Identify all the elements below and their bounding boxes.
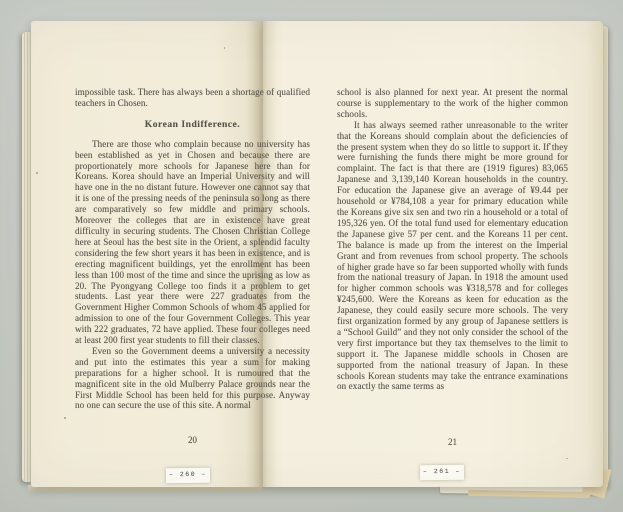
archive-stamp: – 261 – bbox=[420, 465, 464, 480]
page-number: 20 bbox=[75, 435, 310, 445]
right-page-text: school is also planned for next year. At… bbox=[337, 87, 568, 392]
paragraph: impossible task. There has always been a… bbox=[75, 87, 310, 109]
paragraph: It has always seemed rather unreasonable… bbox=[337, 120, 568, 393]
left-page-text: impossible task. There has always been a… bbox=[75, 87, 310, 411]
scan-speck bbox=[566, 458, 568, 459]
deckle-edge-strip bbox=[468, 490, 590, 498]
paragraph: school is also planned for next year. At… bbox=[337, 87, 568, 120]
page-number: 21 bbox=[337, 437, 568, 447]
paragraph: Even so the Government deems a universit… bbox=[75, 346, 310, 411]
scan-speck bbox=[64, 417, 66, 419]
scan-speck bbox=[36, 172, 38, 174]
paragraph: There are those who complain because no … bbox=[75, 139, 310, 346]
archive-stamp: – 260 – bbox=[166, 468, 210, 484]
scan-speck bbox=[549, 143, 551, 145]
book-photo: impossible task. There has always been a… bbox=[0, 0, 623, 512]
scan-speck bbox=[224, 47, 225, 49]
section-heading: Korean Indifference. bbox=[75, 120, 310, 131]
